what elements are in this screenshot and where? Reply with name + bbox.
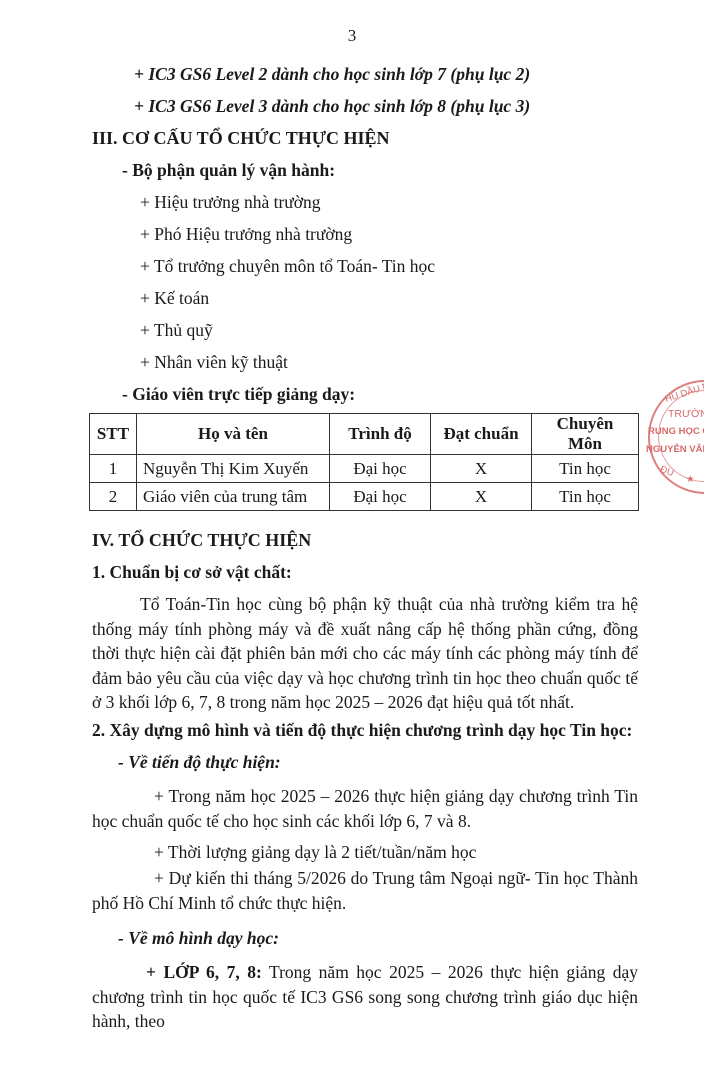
management-item: + Phó Hiệu trưởng nhà trường (140, 224, 352, 245)
cell-name: Giáo viên của trung tâm (137, 483, 330, 511)
header-stt: STT (90, 414, 137, 455)
table-row: 2 Giáo viên của trung tâm Đại học X Tin … (90, 483, 639, 511)
header-name: Họ và tên (137, 414, 330, 455)
cell-standard: X (431, 455, 532, 483)
management-item: + Hiệu trưởng nhà trường (140, 192, 321, 213)
stamp-line2: RUNG HỌC CƠ (648, 426, 704, 437)
progress-item: + Thời lượng giảng dạy là 2 tiết/tuần/nă… (92, 840, 638, 865)
cell-standard: X (431, 483, 532, 511)
stamp-line3: NGUYỄN VĂN C (646, 444, 704, 455)
teachers-table: STT Họ và tên Trình độ Đạt chuẩn Chuyên … (89, 413, 639, 511)
stamp-line1: TRƯỜNG (668, 408, 704, 420)
school-stamp: HỦ DẦU MỘ TRƯỜNG RUNG HỌC CƠ NGUYỄN VĂN … (648, 380, 704, 494)
section3-heading: III. CƠ CẤU TỔ CHỨC THỰC HIỆN (92, 128, 390, 149)
header-specialty: Chuyên Môn (532, 414, 639, 455)
management-item: + Nhân viên kỹ thuật (140, 352, 288, 373)
progress-item: + Trong năm học 2025 – 2026 thực hiện gi… (92, 784, 638, 833)
management-item: + Kế toán (140, 288, 209, 309)
sub1-heading: 1. Chuẩn bị cơ sở vật chất: (92, 562, 292, 583)
cell-name: Nguyễn Thị Kim Xuyến (137, 455, 330, 483)
teachers-heading: - Giáo viên trực tiếp giảng dạy: (122, 384, 355, 405)
sub2-heading: 2. Xây dựng mô hình và tiến độ thực hiện… (92, 720, 632, 741)
cell-level: Đại học (330, 455, 431, 483)
cell-specialty: Tin học (532, 455, 639, 483)
progress-heading: - Về tiến độ thực hiện: (118, 752, 281, 773)
cell-level: Đại học (330, 483, 431, 511)
table-header-row: STT Họ và tên Trình độ Đạt chuẩn Chuyên … (90, 414, 639, 455)
model-item: + LỚP 6, 7, 8: Trong năm học 2025 – 2026… (92, 960, 638, 1034)
cell-stt: 2 (90, 483, 137, 511)
model-item-label: + LỚP 6, 7, 8: (146, 962, 262, 982)
progress-item: + Dự kiến thi tháng 5/2026 do Trung tâm … (92, 866, 638, 915)
table-row: 1 Nguyễn Thị Kim Xuyến Đại học X Tin học (90, 455, 639, 483)
model-heading: - Về mô hình dạy học: (118, 928, 279, 949)
sub1-paragraph: Tổ Toán-Tin học cùng bộ phận kỹ thuật củ… (92, 592, 638, 715)
management-item: + Tổ trưởng chuyên môn tổ Toán- Tin học (140, 256, 435, 277)
intro-item: + IC3 GS6 Level 3 dành cho học sinh lớp … (134, 96, 530, 117)
cell-specialty: Tin học (532, 483, 639, 511)
cell-stt: 1 (90, 455, 137, 483)
header-standard: Đạt chuẩn (431, 414, 532, 455)
page-number: 3 (0, 26, 704, 46)
stamp-star-icon: ★ (686, 474, 695, 485)
header-level: Trình độ (330, 414, 431, 455)
management-item: + Thủ quỹ (140, 320, 213, 341)
intro-item: + IC3 GS6 Level 2 dành cho học sinh lớp … (134, 64, 530, 85)
section4-heading: IV. TỔ CHỨC THỰC HIỆN (92, 530, 311, 551)
management-heading: - Bộ phận quản lý vận hành: (122, 160, 335, 181)
